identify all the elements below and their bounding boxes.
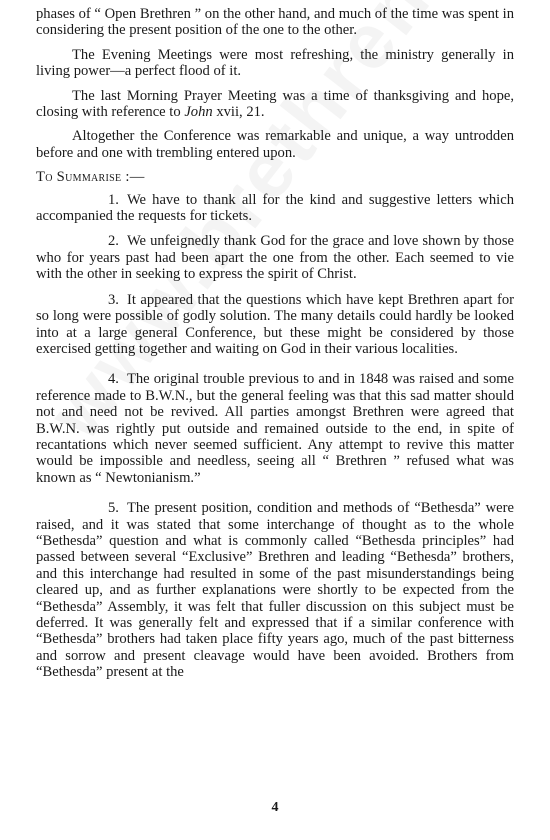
summary-item: 4.The original trouble previous to and i… [36,371,514,486]
summary-item: 1.We have to thank all for the kind and … [36,192,514,225]
page-number: 4 [0,800,550,816]
scripture-reference: xvii, 21. [213,104,265,120]
altogether-paragraph: Altogether the Conference was remarkable… [36,128,514,161]
item-number: 1. [72,192,119,208]
summary-item: 2.We unfeignedly thank God for the grace… [36,233,514,282]
scripture-book: John [184,104,212,120]
morning-prayer-text: The last Morning Prayer Meeting was a ti… [36,88,514,120]
morning-prayer-paragraph: The last Morning Prayer Meeting was a ti… [36,88,514,121]
evening-meetings-paragraph: The Evening Meetings were most refreshin… [36,47,514,80]
item-number: 2. [72,233,119,249]
summary-item: 3.It appeared that the questions which h… [36,292,514,358]
item-number: 4. [72,371,119,387]
continuation-paragraph: phases of “ Open Brethren ” on the other… [36,6,514,39]
item-text: The present position, condition and meth… [36,500,514,680]
summary-item: 5.The present position, condition and me… [36,500,514,680]
summary-heading: To Summarise :— [36,169,514,185]
item-text: The original trouble previous to and in … [36,371,514,485]
document-page: phases of “ Open Brethren ” on the other… [36,6,514,690]
item-number: 5. [72,500,119,516]
item-number: 3. [72,292,119,308]
